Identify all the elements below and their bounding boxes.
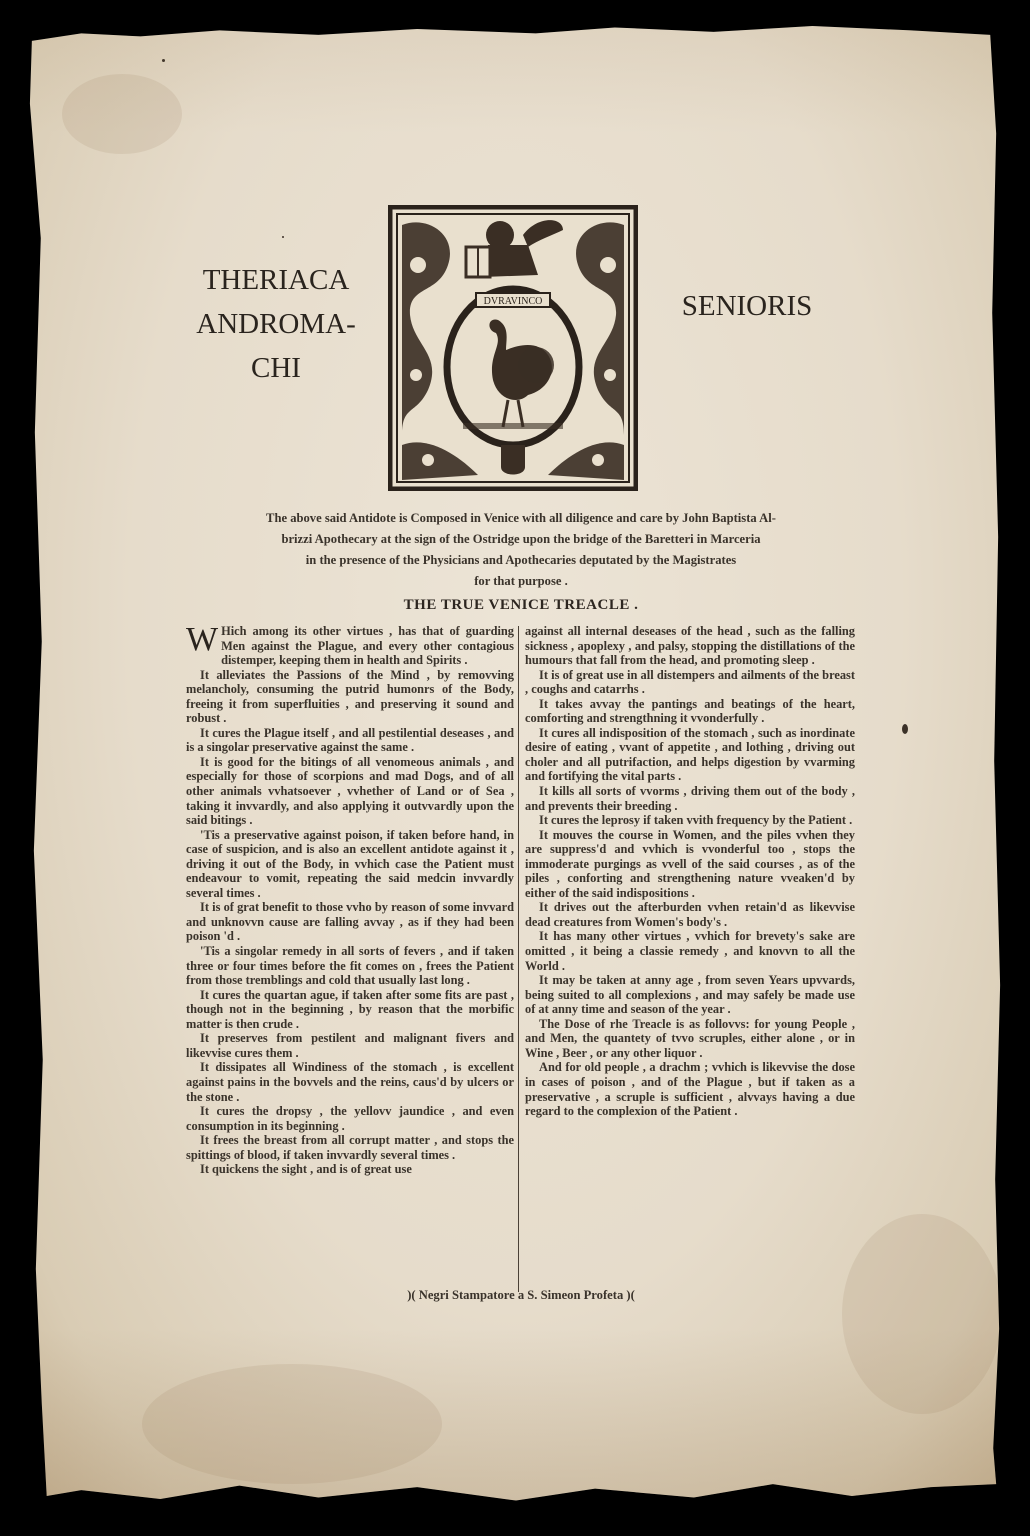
paragraph: It kills all sorts of vvorms , driving t… — [525, 784, 855, 813]
paragraph: It drives out the afterburden vvhen reta… — [525, 900, 855, 929]
paper-stain — [142, 1364, 442, 1484]
paper-stain — [62, 74, 182, 154]
paragraph-text: Hich among its other virtues , has that … — [221, 624, 514, 667]
paragraph: And for old people , a drachm ; vvhich i… — [525, 1060, 855, 1118]
paragraph: WHich among its other virtues , has that… — [186, 624, 514, 668]
intro-line: for that purpose . — [176, 571, 866, 592]
paragraph: 'Tis a singolar remedy in all sorts of f… — [186, 944, 514, 988]
paragraph: It quickens the sight , and is of great … — [186, 1162, 514, 1177]
paper-speck — [902, 724, 908, 734]
paragraph: The Dose of rhe Treacle is as follovvs: … — [525, 1017, 855, 1061]
left-text-column: WHich among its other virtues , has that… — [186, 624, 514, 1177]
intro-line: brizzi Apothecary at the sign of the Ost… — [176, 529, 866, 550]
paragraph: against all internal deseases of the hea… — [525, 624, 855, 668]
title-line: THERIACA — [196, 258, 356, 302]
right-text-column: against all internal deseases of the hea… — [525, 624, 855, 1119]
paragraph: It cures the quartan ague, if taken afte… — [186, 988, 514, 1032]
intro-line: in the presence of the Physicians and Ap… — [176, 550, 866, 571]
section-heading: THE TRUE VENICE TREACLE . — [176, 597, 866, 614]
paragraph: It takes avvay the pantings and beatings… — [525, 697, 855, 726]
paragraph: It cures the dropsy , the yellovv jaundi… — [186, 1104, 514, 1133]
column-divider — [518, 626, 519, 1292]
woodcut-emblem-image: DVRAVINCO — [388, 205, 638, 491]
title-senioris: SENIORIS — [672, 286, 822, 326]
paragraph: It has many other virtues , vvhich for b… — [525, 929, 855, 973]
paragraph: It is of great use in all distempers and… — [525, 668, 855, 697]
paragraph: It alleviates the Passions of the Mind ,… — [186, 668, 514, 726]
paragraph: It dissipates all Windiness of the stoma… — [186, 1060, 514, 1104]
intro-line: The above said Antidote is Composed in V… — [176, 508, 866, 529]
paper-speck — [162, 59, 165, 62]
paragraph: It may be taken at anny age , from seven… — [525, 973, 855, 1017]
paper-speck — [282, 236, 284, 238]
paragraph: It frees the breast from all corrupt mat… — [186, 1133, 514, 1162]
intro-paragraph: The above said Antidote is Composed in V… — [176, 508, 866, 592]
paper-stain — [842, 1214, 1002, 1414]
drop-cap: W — [186, 626, 218, 654]
printer-imprint: )( Negri Stampatore a S. Simeon Profeta … — [176, 1288, 866, 1303]
title-theriaca-andromachi: THERIACA ANDROMA- CHI — [196, 258, 356, 390]
title-line: ANDROMA- — [196, 302, 356, 346]
paragraph: It is of grat benefit to those vvho by r… — [186, 900, 514, 944]
paragraph: 'Tis a preservative against poison, if t… — [186, 828, 514, 901]
svg-text:DVRAVINCO: DVRAVINCO — [484, 296, 543, 307]
paragraph: It cures all indisposition of the stomac… — [525, 726, 855, 784]
paragraph: It preserves from pestilent and malignan… — [186, 1031, 514, 1060]
paragraph: It cures the Plague itself , and all pes… — [186, 726, 514, 755]
paragraph: It cures the leprosy if taken vvith freq… — [525, 813, 855, 828]
paragraph: It mouves the course in Women, and the p… — [525, 828, 855, 901]
title-line: CHI — [196, 346, 356, 390]
paragraph: It is good for the bitings of all venome… — [186, 755, 514, 828]
ostrich-emblem-icon: DVRAVINCO — [388, 205, 638, 491]
